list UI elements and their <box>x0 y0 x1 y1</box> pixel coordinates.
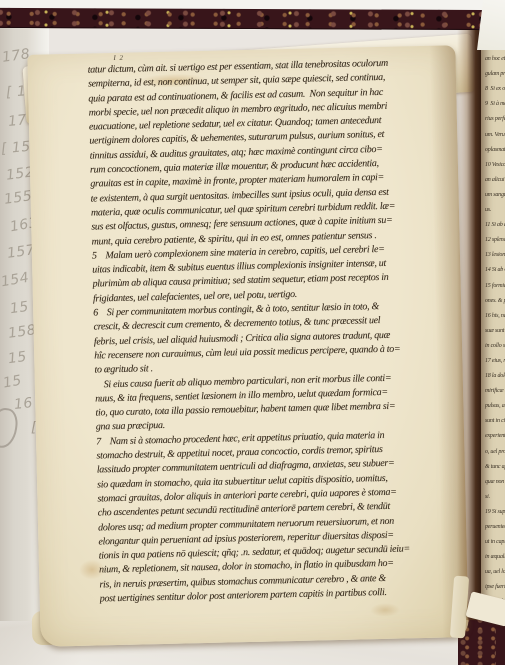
gutter-shadow <box>457 24 483 620</box>
facing-text-line: rius perfec <box>481 112 505 127</box>
facing-text-line: 9 Si à matric <box>481 97 505 112</box>
facing-text-line: ut in capitis s <box>481 535 505 550</box>
facing-text-line: ipse fuerint <box>481 580 505 595</box>
facing-text-line: suæ sunt in c <box>481 324 505 339</box>
page-text: tatur dictum, cùm ait. si uertigo est pe… <box>88 55 465 625</box>
facing-text-line: 11 Si ab alijs <box>481 218 505 233</box>
facing-text-line: in æqualiter <box>481 550 505 565</box>
facing-text-line: 13 lesiones , <box>481 248 505 263</box>
facing-text-line: quæ non confu <box>481 475 505 490</box>
facing-text-line: us. <box>481 203 505 218</box>
pencil-number: 154 <box>0 270 30 291</box>
facing-text-line: 18 la dolor e <box>481 369 505 384</box>
printed-page: I 2 tatur dictum, cùm ait. si uertigo es… <box>27 45 468 647</box>
facing-text-line: o, uel profund <box>481 445 505 460</box>
facing-text-line: ua, uel loca s <box>481 565 505 580</box>
pencil-number: [ 15 <box>0 139 31 158</box>
cover-top-edge <box>0 8 505 30</box>
facing-text-line: 15 formicat. <box>481 279 505 294</box>
facing-text-line: 17 eius, neq; <box>481 354 505 369</box>
facing-text-line: sunt in cit. E <box>481 414 505 429</box>
facing-text-line: mirificæ exi <box>481 384 505 399</box>
facing-text-line: & tunc appar <box>481 460 505 475</box>
pencil-number: 15 <box>2 372 23 391</box>
facing-text-line: 8 Si ex oleā <box>481 82 505 97</box>
facing-text-line: 19 Si super q <box>481 505 505 520</box>
facing-text-line: an alicui du <box>481 173 505 188</box>
facing-text-line: um sanguinis <box>481 188 505 203</box>
facing-text-line: experientia, non <box>481 429 505 444</box>
facing-text-line: pulsus, aut liga <box>481 399 505 414</box>
pencil-number: 16 <box>13 395 33 413</box>
facing-text-line: gulam pre <box>481 67 505 82</box>
facing-text-line: an hoc etiam <box>481 52 505 67</box>
signature-mark: I 2 <box>113 54 124 62</box>
facing-text-line: 12 splene, seu <box>481 233 505 248</box>
facing-text-line: um. Veruim <box>481 128 505 143</box>
facing-text-line: peruenied in <box>481 520 505 535</box>
facing-text-line: ones. & pr <box>481 294 505 309</box>
facing-page-sliver: quid uriginisan hoc etiamgulam pre8 Si e… <box>481 27 505 615</box>
pencil-number: 17 <box>7 112 27 130</box>
facing-text-line: si. <box>481 490 505 505</box>
pencil-number: 15 <box>7 349 28 367</box>
facing-text-line: in collo sunt <box>481 339 505 354</box>
book-photo: 178[ 117[ 1515215516315715415158151516[ … <box>0 0 505 665</box>
facing-text-line: 16 his, nam p <box>481 309 505 324</box>
facing-text-line: 14 Si ab orga <box>481 263 505 278</box>
pencil-number: 155 <box>3 188 33 208</box>
facing-text-line: 10 Vesica si b <box>481 158 505 173</box>
pencil-number: 15 <box>9 299 30 317</box>
facing-text-line: oplasmata <box>481 143 505 158</box>
facing-page-text: quid uriginisan hoc etiamgulam pre8 Si e… <box>481 27 505 611</box>
